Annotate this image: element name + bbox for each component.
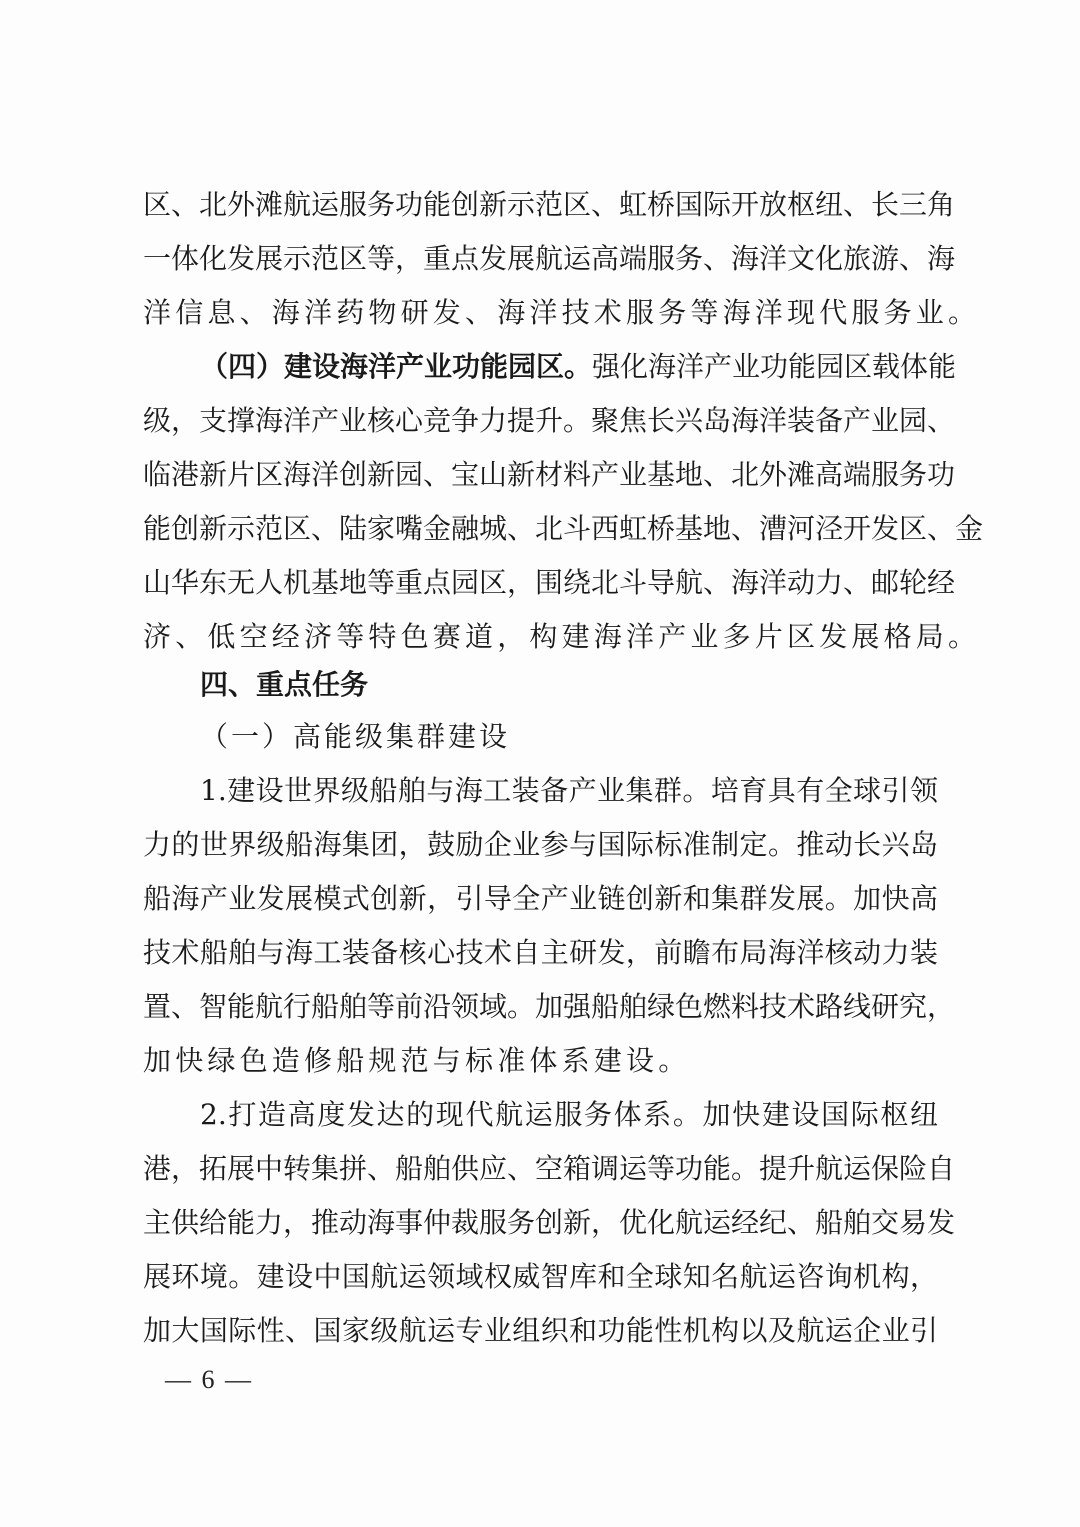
body-text-line: 置、智能航行船舶等前沿领域。加强船舶绿色燃料技术路线研究， (143, 987, 938, 1027)
body-text-line: 能创新示范区、陆家嘴金融城、北斗西虹桥基地、漕河泾开发区、金 (143, 509, 938, 549)
body-text-line: 港，拓展中转集拼、船舶供应、空箱调运等功能。提升航运保险自 (143, 1149, 938, 1189)
page-number: — 6 — (165, 1360, 253, 1400)
body-text-line: 洋信息、海洋药物研发、海洋技术服务等海洋现代服务业。 (143, 293, 938, 333)
body-text-line: 船海产业发展模式创新，引导全产业链创新和集群发展。加快高 (143, 879, 938, 919)
body-text-line: 加快绿色造修船规范与标准体系建设。 (143, 1041, 938, 1081)
body-text-run: 强化海洋产业功能园区载体能 (592, 350, 956, 383)
body-text-line: 主供给能力，推动海事仲裁服务创新，优化航运经纪、船舶交易发 (143, 1203, 938, 1243)
body-text-line: 山华东无人机基地等重点园区，围绕北斗导航、海洋动力、邮轮经 (143, 563, 938, 603)
body-text-line: 技术船舶与海工装备核心技术自主研发，前瞻布局海洋核动力装 (143, 933, 938, 973)
section-heading-key-tasks: 四、重点任务 (200, 665, 938, 705)
subsection-heading-clusters: （一）高能级集群建设 (200, 717, 938, 757)
document-page: 区、北外滩航运服务功能创新示范区、虹桥国际开放枢纽、长三角 一体化发展示范区等，… (0, 0, 1080, 1527)
body-text-line: 区、北外滩航运服务功能创新示范区、虹桥国际开放枢纽、长三角 (143, 185, 938, 225)
item-1-first-line: 1.建设世界级船舶与海工装备产业集群。培育具有全球引领 (200, 771, 938, 811)
body-text-line: 临港新片区海洋创新园、宝山新材料产业基地、北外滩高端服务功 (143, 455, 938, 495)
body-text-line: 济、低空经济等特色赛道，构建海洋产业多片区发展格局。 (143, 617, 938, 657)
body-text-line: 加大国际性、国家级航运专业组织和功能性机构以及航运企业引 (143, 1311, 938, 1351)
body-text-line: 展环境。建设中国航运领域权威智库和全球知名航运咨询机构， (143, 1257, 938, 1297)
item-2-first-line: 2.打造高度发达的现代航运服务体系。加快建设国际枢纽 (200, 1095, 938, 1135)
body-text-line: 一体化发展示范区等，重点发展航运高端服务、海洋文化旅游、海 (143, 239, 938, 279)
body-text-line: 级，支撑海洋产业核心竞争力提升。聚焦长兴岛海洋装备产业园、 (143, 401, 938, 441)
section-four-heading: （四）建设海洋产业功能园区。 (200, 350, 592, 383)
body-text-line: 力的世界级船海集团，鼓励企业参与国际标准制定。推动长兴岛 (143, 825, 938, 865)
section-four-first-line: （四）建设海洋产业功能园区。强化海洋产业功能园区载体能 (200, 347, 938, 387)
